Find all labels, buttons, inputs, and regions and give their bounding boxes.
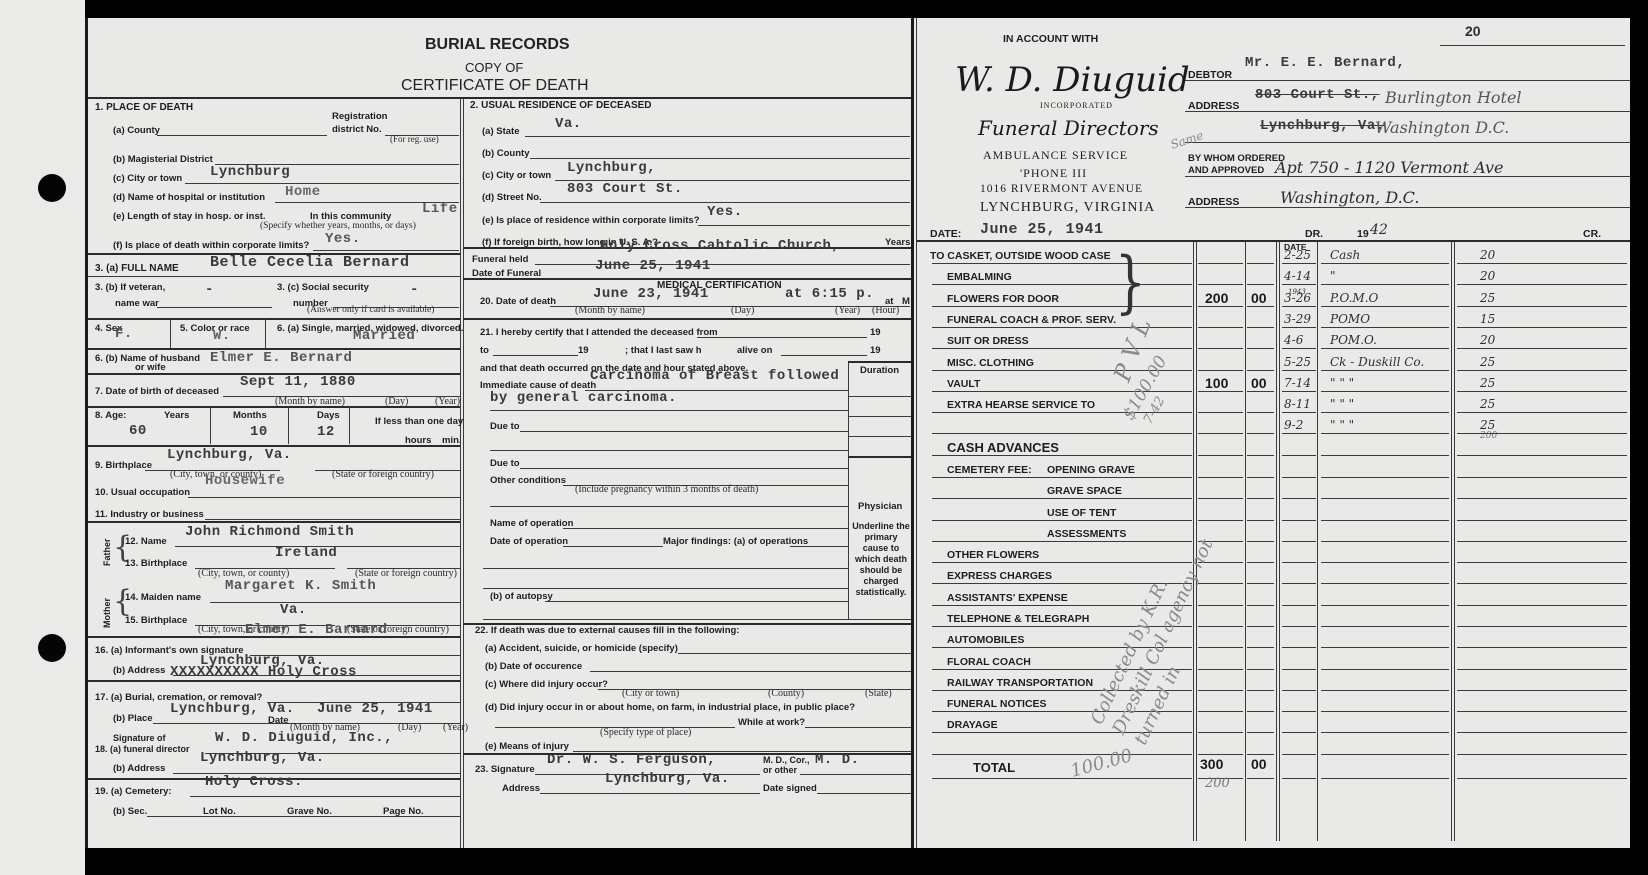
reg-district-label: district No. <box>332 124 382 135</box>
field-line <box>678 653 911 654</box>
field-line <box>540 202 910 203</box>
funeral-director-signature: W. D. Diuguid, Inc., <box>215 730 393 746</box>
sec-label: (b) Sec. <box>113 806 147 817</box>
stay-label: (e) Length of stay in hosp. or inst. <box>113 211 266 222</box>
physician-address-label: Address <box>502 783 540 794</box>
community-value: Life <box>422 201 458 217</box>
father-name-label: 12. Name <box>125 536 167 547</box>
cemetery-item-label: GRAVE SPACE <box>1047 485 1122 497</box>
row-line <box>1321 477 1449 478</box>
field-line <box>817 793 911 794</box>
field-line <box>490 410 848 411</box>
field-line <box>157 307 272 308</box>
field-line <box>535 264 910 265</box>
cause-value-1: Carcinoma of Breast followed <box>590 368 839 384</box>
row-line <box>1321 732 1449 733</box>
cell-divider <box>265 318 266 348</box>
row-line <box>1247 626 1274 627</box>
field-line <box>525 136 910 137</box>
note-state: (State) <box>865 688 892 699</box>
note-day: (Day) <box>731 305 754 316</box>
mother-maiden-value: Margaret K. Smith <box>225 578 376 594</box>
row-line <box>1321 498 1449 499</box>
cash-advance-item-label: ASSISTANTS' EXPENSE <box>947 592 1068 604</box>
cash-advance-item-label: AUTOMOBILES <box>947 634 1024 646</box>
ledger-column <box>1451 241 1452 841</box>
row-line <box>1198 412 1243 413</box>
note-year: (Year) <box>443 722 468 733</box>
row-line <box>1321 669 1449 670</box>
payment-credit: 25 <box>1480 376 1495 390</box>
row-line <box>1247 541 1274 542</box>
field-line <box>848 396 911 397</box>
note-county: (County) <box>768 688 804 699</box>
row-line <box>1321 520 1449 521</box>
payment-credit: 15 <box>1480 312 1495 326</box>
payment-memo: " " " <box>1330 418 1354 432</box>
row-line <box>1321 370 1449 371</box>
field-line <box>805 727 911 728</box>
payment-credit: 25 <box>1480 397 1495 411</box>
row-line <box>1247 370 1274 371</box>
field-line <box>698 225 910 226</box>
cell-divider <box>210 406 211 444</box>
year-prefix: 19 <box>578 345 589 356</box>
res-street-label: (d) Street No. <box>482 192 542 203</box>
divider <box>88 318 460 320</box>
year-prefix: 19 <box>870 345 881 356</box>
field-line <box>1185 176 1630 177</box>
row-line <box>1282 754 1316 755</box>
physician-address: Lynchburg, Va. <box>605 771 730 787</box>
to-label: to <box>480 345 489 356</box>
ordered-by-value: Apt 750 - 1120 Vermont Ave <box>1275 158 1503 177</box>
ledger-item-label: FLOWERS FOR DOOR <box>947 293 1059 305</box>
note-city: (City or town) <box>622 688 679 699</box>
row-line <box>1321 412 1449 413</box>
fd-label: 18. (a) funeral director <box>95 744 190 754</box>
field-line <box>210 602 460 603</box>
payment-credit: 20 <box>1480 333 1495 347</box>
ledger-item-label: EMBALMING <box>947 271 1012 283</box>
death-time-value: at 6:15 p. <box>785 286 874 302</box>
deceased-name: Belle Cecelia Bernard <box>210 254 410 271</box>
row-line <box>1247 477 1274 478</box>
cemetery-fee-label: CEMETERY FEE: <box>947 464 1032 476</box>
payment-memo: " <box>1330 269 1336 283</box>
row-line <box>1457 732 1627 733</box>
payment-date: 7-14 <box>1284 376 1311 390</box>
company-city: LYNCHBURG, VIRGINIA <box>980 200 1155 216</box>
age-label: 8. Age: <box>95 410 126 421</box>
record-paper: BURIAL RECORDS COPY OF CERTIFICATE OF DE… <box>85 18 1630 848</box>
row-line <box>932 477 1192 478</box>
divider <box>88 97 911 99</box>
age-months-value: 10 <box>250 424 268 440</box>
row-line <box>1198 391 1243 392</box>
payment-date: 3-29 <box>1284 312 1311 326</box>
field-line <box>147 816 460 817</box>
field-line <box>563 528 848 529</box>
cell-divider <box>170 318 171 348</box>
or-other-label: or other <box>763 765 797 775</box>
row-line <box>1321 778 1449 779</box>
company-street: 1016 RIVERMONT AVENUE <box>980 183 1143 195</box>
days-label: Days <box>317 410 340 421</box>
row-line <box>1321 754 1449 755</box>
item-dollars: 100 <box>1205 375 1228 391</box>
field-line <box>1185 80 1630 81</box>
field-line <box>520 431 848 432</box>
row-line <box>1198 477 1243 478</box>
row-line <box>1321 284 1449 285</box>
row-line <box>1282 711 1316 712</box>
autopsy-label: (b) of autopsy <box>490 591 553 602</box>
binder-hole <box>38 174 66 202</box>
company-logo: W. D. Diuguid <box>955 60 1190 100</box>
divider <box>88 276 460 277</box>
item-cents: 00 <box>1251 290 1267 306</box>
war-value: - <box>205 282 214 298</box>
ordered-address-value: Washington, D.C. <box>1280 188 1419 207</box>
res-county-label: (b) County <box>482 148 530 159</box>
fullname-label: 3. (a) FULL NAME <box>95 263 179 274</box>
injury-place-label: (d) Did injury occur in or about home, o… <box>485 702 855 713</box>
payment-credit: 25 <box>1480 355 1495 369</box>
address-hand-1: Burlington Hotel <box>1385 88 1522 107</box>
balance-hand: 200 <box>1205 776 1230 791</box>
cash-advance-item-label: TELEPHONE & TELEGRAPH <box>947 613 1089 625</box>
informant-signature: Elmer E. Barnard <box>245 622 387 638</box>
cemetery-item-label: OPENING GRAVE <box>1047 464 1135 476</box>
age-years-value: 60 <box>129 423 147 439</box>
row-line <box>1282 327 1316 328</box>
row-line <box>932 306 1192 307</box>
item-cents: 00 <box>1251 375 1267 391</box>
res-street-value: 803 Court St. <box>567 181 683 197</box>
row-line <box>1198 455 1243 456</box>
ledger-column <box>1317 241 1318 841</box>
row-line <box>1457 498 1627 499</box>
row-line <box>1321 583 1449 584</box>
row-line <box>1247 520 1274 521</box>
row-line <box>1282 498 1316 499</box>
row-line <box>932 433 1192 434</box>
row-line <box>1198 690 1243 691</box>
row-line <box>1247 348 1274 349</box>
ledger-item-label: EXTRA HEARSE SERVICE TO <box>947 399 1095 411</box>
reg-note: (For reg. use) <box>390 134 439 144</box>
row-line <box>1321 306 1449 307</box>
ambulance-service: AMBULANCE SERVICE <box>983 148 1128 163</box>
frame-left <box>85 18 88 848</box>
row-line <box>1457 541 1627 542</box>
row-line <box>1247 391 1274 392</box>
field-line <box>545 601 848 602</box>
row-line <box>1457 605 1627 606</box>
md-value: M. D. <box>815 752 860 768</box>
death-city-value: Lynchburg <box>210 164 290 180</box>
ssn-value: - <box>410 282 419 298</box>
operation-date-label: Date of operation <box>490 536 568 547</box>
field-line <box>590 671 911 672</box>
payment-date: 9-2 <box>1284 418 1303 432</box>
informant-address-label: (b) Address <box>113 665 165 676</box>
title-copy-of: COPY OF <box>465 60 523 75</box>
cash-advance-item-label: RAILWAY TRANSPORTATION <box>947 677 1093 689</box>
res-limits-value: Yes. <box>707 204 743 220</box>
section-divider <box>911 18 914 848</box>
sex-value: F. <box>115 326 133 342</box>
s1-heading: 1. PLACE OF DEATH <box>95 102 193 113</box>
row-line <box>1457 412 1627 413</box>
ledger-item-label: VAULT <box>947 378 980 390</box>
account-date-label: DATE: <box>930 228 961 240</box>
row-line <box>1457 348 1627 349</box>
fd-signature-label: Signature of <box>113 733 166 743</box>
row-line <box>1457 370 1627 371</box>
burial-value: XXXXXXXXXX Holy Cross <box>170 664 357 680</box>
row-line <box>1198 711 1243 712</box>
cell-divider <box>288 406 289 444</box>
row-line <box>1282 647 1316 648</box>
res-state-value: Va. <box>555 116 582 132</box>
row-line <box>1198 732 1243 733</box>
payment-credit: 20 <box>1480 248 1495 262</box>
physician-signature: Dr. W. S. Ferguson, <box>547 752 716 768</box>
funeral-held-value: Holy Cross Cahtolic Church, <box>600 238 840 254</box>
divider <box>88 406 460 408</box>
death-date-value: June 23, 1941 <box>593 286 709 302</box>
age-days-value: 12 <box>317 424 335 440</box>
row-line <box>932 778 1192 779</box>
field-line <box>190 796 460 797</box>
certify-label: 21. I hereby certify that I attended the… <box>480 327 718 338</box>
row-line <box>1247 605 1274 606</box>
row-line <box>1247 669 1274 670</box>
row-line <box>1457 562 1627 563</box>
divider <box>1440 45 1625 46</box>
row-line <box>1247 455 1274 456</box>
field-line <box>697 337 867 338</box>
alive-on-label: alive on <box>737 345 772 356</box>
row-line <box>1198 520 1243 521</box>
cause-value-2: by general carcinoma. <box>490 390 677 406</box>
row-line <box>1198 433 1243 434</box>
row-line <box>1457 327 1627 328</box>
res-city-value: Lynchburg, <box>567 160 656 176</box>
row-line <box>1282 669 1316 670</box>
divider <box>463 318 911 320</box>
page-number: 20 <box>1465 23 1481 39</box>
row-line <box>1282 626 1316 627</box>
note-day: (Day) <box>398 722 421 733</box>
mother-birthplace-label: 15. Birthplace <box>125 615 187 626</box>
other-conditions-note: (Include pregnancy within 3 months of de… <box>575 484 758 495</box>
account-date-value: June 25, 1941 <box>980 221 1104 238</box>
industry-label: 11. Industry or business <box>95 509 204 520</box>
res-limits-label: (e) Is place of residence within corpora… <box>482 215 700 226</box>
row-line <box>1457 583 1627 584</box>
mother-maiden-label: 14. Maiden name <box>125 592 201 603</box>
margin-note-collection: Collected by K.R. Dreskill Col agency no… <box>1086 519 1244 749</box>
row-line <box>1282 306 1316 307</box>
row-line <box>1282 778 1316 779</box>
row-line <box>1247 647 1274 648</box>
corporate-value: Yes. <box>325 231 361 247</box>
corporate-label: (f) Is place of death within corporate l… <box>113 240 309 251</box>
mother-birthplace-value: Va. <box>280 602 307 618</box>
row-line <box>1282 732 1316 733</box>
ledger-item-label: FUNERAL COACH & PROF. SERV. <box>947 314 1116 326</box>
document-scan: BURIAL RECORDS COPY OF CERTIFICATE OF DE… <box>0 0 1648 875</box>
physician-signature-label: 23. Signature <box>475 764 535 775</box>
row-line <box>1247 306 1274 307</box>
row-line <box>1198 263 1243 264</box>
row-line <box>1321 348 1449 349</box>
address-struck-1: 803 Court St., <box>1255 87 1380 103</box>
row-line <box>1282 583 1316 584</box>
item-dollars: 200 <box>1205 290 1228 306</box>
field-line <box>848 436 911 437</box>
row-line <box>1247 562 1274 563</box>
row-line <box>1457 306 1627 307</box>
items-brace: } <box>1115 246 1146 319</box>
row-line <box>1198 370 1243 371</box>
cash-advances-heading: CASH ADVANCES <box>947 440 1059 455</box>
payment-memo: POM.O. <box>1330 333 1377 347</box>
year-hand: 42 <box>1370 222 1388 238</box>
cemetery-value: Holy Cross. <box>205 774 303 790</box>
row-line <box>1321 626 1449 627</box>
row-line <box>932 284 1192 285</box>
debtor-value: Mr. E. E. Bernard, <box>1245 55 1405 71</box>
md-label: M. D., Cor., <box>763 755 810 765</box>
total-label: TOTAL <box>973 760 1015 775</box>
duration-label: Duration <box>860 365 899 376</box>
date-signed-label: Date signed <box>763 783 817 794</box>
payment-year-note: 1943 <box>1288 288 1306 296</box>
hospital-value: Home <box>285 184 321 200</box>
row-line <box>1321 455 1449 456</box>
payment-memo: " " " <box>1330 376 1354 390</box>
row-line <box>1282 520 1316 521</box>
row-line <box>1247 412 1274 413</box>
year-prefix: 19 <box>870 327 881 338</box>
death-date-label: 20. Date of death <box>480 296 556 307</box>
row-line <box>1247 263 1274 264</box>
row-line <box>1282 433 1316 434</box>
column-divider <box>463 98 464 848</box>
field-line <box>781 355 867 356</box>
row-line <box>1198 327 1243 328</box>
burial-date-value: June 25, 1941 <box>317 701 433 717</box>
row-line <box>1457 778 1627 779</box>
race-value: W. <box>213 328 231 344</box>
birthplace-value: Lynchburg, Va. <box>167 447 292 463</box>
means-of-injury-label: (e) Means of injury <box>485 741 569 752</box>
funeral-date-value: June 25, 1941 <box>595 258 711 274</box>
row-line <box>1321 605 1449 606</box>
in-account-with: IN ACCOUNT WITH <box>1003 33 1098 45</box>
while-at-work-label: While at work? <box>738 717 805 728</box>
field-line <box>540 793 760 794</box>
payment-memo: Ck - Duskill Co. <box>1330 355 1424 369</box>
row-line <box>1247 711 1274 712</box>
ordered-by-label: BY WHOM ORDERED <box>1188 153 1285 164</box>
title-burial-records: BURIAL RECORDS <box>425 36 570 54</box>
row-line <box>932 754 1192 755</box>
row-line <box>1282 562 1316 563</box>
county-label: (a) County <box>113 125 160 136</box>
payment-memo: P.O.M.O <box>1330 291 1378 305</box>
row-line <box>1198 284 1243 285</box>
row-line <box>1247 433 1274 434</box>
cash-advance-item-label: FUNERAL NOTICES <box>947 698 1047 710</box>
mother-side-label: Mother <box>102 598 112 628</box>
hospital-label: (d) Name of hospital or institution <box>113 192 265 203</box>
ledger-column <box>1245 241 1246 841</box>
less-than-day-label: If less than one day <box>375 416 463 427</box>
row-line <box>1282 370 1316 371</box>
other-conditions-label: Other conditions <box>490 475 566 486</box>
marital-value: Married <box>353 328 415 344</box>
row-line <box>1321 541 1449 542</box>
row-line <box>1198 669 1243 670</box>
field-line <box>313 250 459 251</box>
row-line <box>1457 284 1627 285</box>
row-line <box>1282 391 1316 392</box>
row-line <box>1282 284 1316 285</box>
death-city-label: (c) City or town <box>113 173 182 184</box>
year-label: 19 <box>1357 228 1369 240</box>
row-line <box>1321 263 1449 264</box>
burial-place-label: (b) Place <box>113 713 153 724</box>
note-state: (State or foreign country) <box>332 469 434 480</box>
dob-label: 7. Date of birth of deceased <box>95 386 219 397</box>
physician-label: Physician <box>858 501 902 512</box>
divider <box>848 361 911 363</box>
incorporated-label: INCORPORATED <box>1040 101 1113 110</box>
payment-credit: 25 <box>1480 291 1495 305</box>
total-cents: 00 <box>1251 756 1267 772</box>
total-dollars: 300 <box>1200 756 1223 772</box>
row-line <box>1457 669 1627 670</box>
ledger-item-label: SUIT OR DRESS <box>947 335 1029 347</box>
row-line <box>1321 327 1449 328</box>
row-line <box>1247 498 1274 499</box>
row-line <box>1282 477 1316 478</box>
row-line <box>1457 647 1627 648</box>
years-label: Years <box>164 410 189 421</box>
divider <box>848 456 911 458</box>
row-line <box>1247 754 1274 755</box>
field-line <box>520 468 848 469</box>
ledger-item-label: MISC. CLOTHING <box>947 357 1034 369</box>
row-line <box>1457 455 1627 456</box>
last-saw-label: ; that I last saw h <box>625 345 702 356</box>
row-line <box>1321 391 1449 392</box>
due-to-label: Due to <box>490 458 520 469</box>
row-line <box>1247 284 1274 285</box>
father-birthplace-label: 13. Birthplace <box>125 558 187 569</box>
note-month: (Month by name) <box>575 305 645 316</box>
note-year: (Year) <box>835 305 860 316</box>
divider <box>917 240 1630 242</box>
row-line <box>1282 605 1316 606</box>
ledger-item-label: TO CASKET, OUTSIDE WOOD CASE <box>930 250 1111 262</box>
field-line <box>185 183 459 184</box>
